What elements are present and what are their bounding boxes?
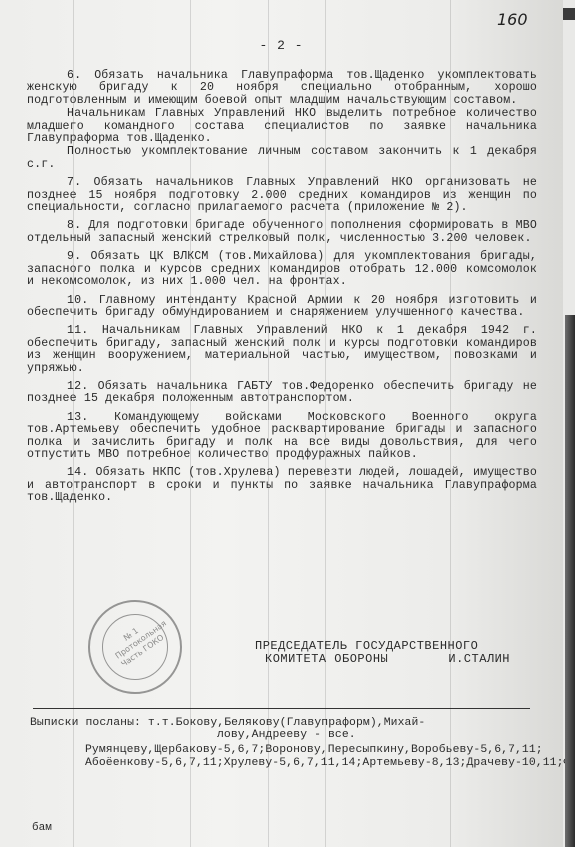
- paragraph-10: 10. Главному интенданту Красной Армии к …: [27, 295, 537, 320]
- signatory-title-line2: КОМИТЕТА ОБОРОНЫ И.СТАЛИН: [150, 653, 510, 666]
- distribution-line2: лову,Андрееву - все.: [30, 729, 540, 741]
- paragraph-8: 8. Для подготовки бригаде обученного поп…: [27, 220, 537, 245]
- distribution-recipients: Румянцеву,Щербакову-5,6,7;Воронову,Перес…: [30, 744, 540, 768]
- distribution-line1: Выписки посланы: т.т.Бокову,Белякову(Гла…: [30, 717, 540, 729]
- paragraph-6-completion: Полностью укомплектование личным составо…: [27, 146, 537, 171]
- scan-edge-top: [563, 8, 575, 20]
- document-page: 160 - 2 - 6. Обязать начальника Главупра…: [0, 0, 563, 847]
- document-body: 6. Обязать начальника Главупраформа тов.…: [27, 70, 537, 511]
- signatory-name: И.СТАЛИН: [448, 653, 510, 666]
- typist-mark: бам: [32, 822, 52, 834]
- signatory-title-committee: КОМИТЕТА ОБОРОНЫ: [265, 653, 388, 666]
- paragraph-11: 11. Начальникам Главных Управлений НКО к…: [27, 325, 537, 375]
- archive-page-number: 160: [497, 10, 528, 29]
- paragraph-6-cont: Начальникам Главных Управлений НКО выдел…: [27, 108, 537, 145]
- paragraph-13: 13. Командующему войсками Московского Во…: [27, 412, 537, 462]
- signature-block: ПРЕДСЕДАТЕЛЬ ГОСУДАРСТВЕННОГО КОМИТЕТА О…: [150, 640, 510, 666]
- divider-line: [33, 708, 530, 709]
- paragraph-14: 14. Обязать НКПС (тов.Хрулева) перевезти…: [27, 467, 537, 504]
- distribution-list: Выписки посланы: т.т.Бокову,Белякову(Гла…: [30, 717, 540, 769]
- paragraph-7: 7. Обязать начальников Главных Управлени…: [27, 177, 537, 214]
- paragraph-9: 9. Обязать ЦК ВЛКСМ (тов.Михайлова) для …: [27, 251, 537, 288]
- sheet-number: - 2 -: [0, 38, 563, 53]
- paragraph-6: 6. Обязать начальника Главупраформа тов.…: [27, 70, 537, 107]
- paragraph-12: 12. Обязать начальника ГАБТУ тов.Федорен…: [27, 381, 537, 406]
- scan-edge-right: [565, 315, 575, 847]
